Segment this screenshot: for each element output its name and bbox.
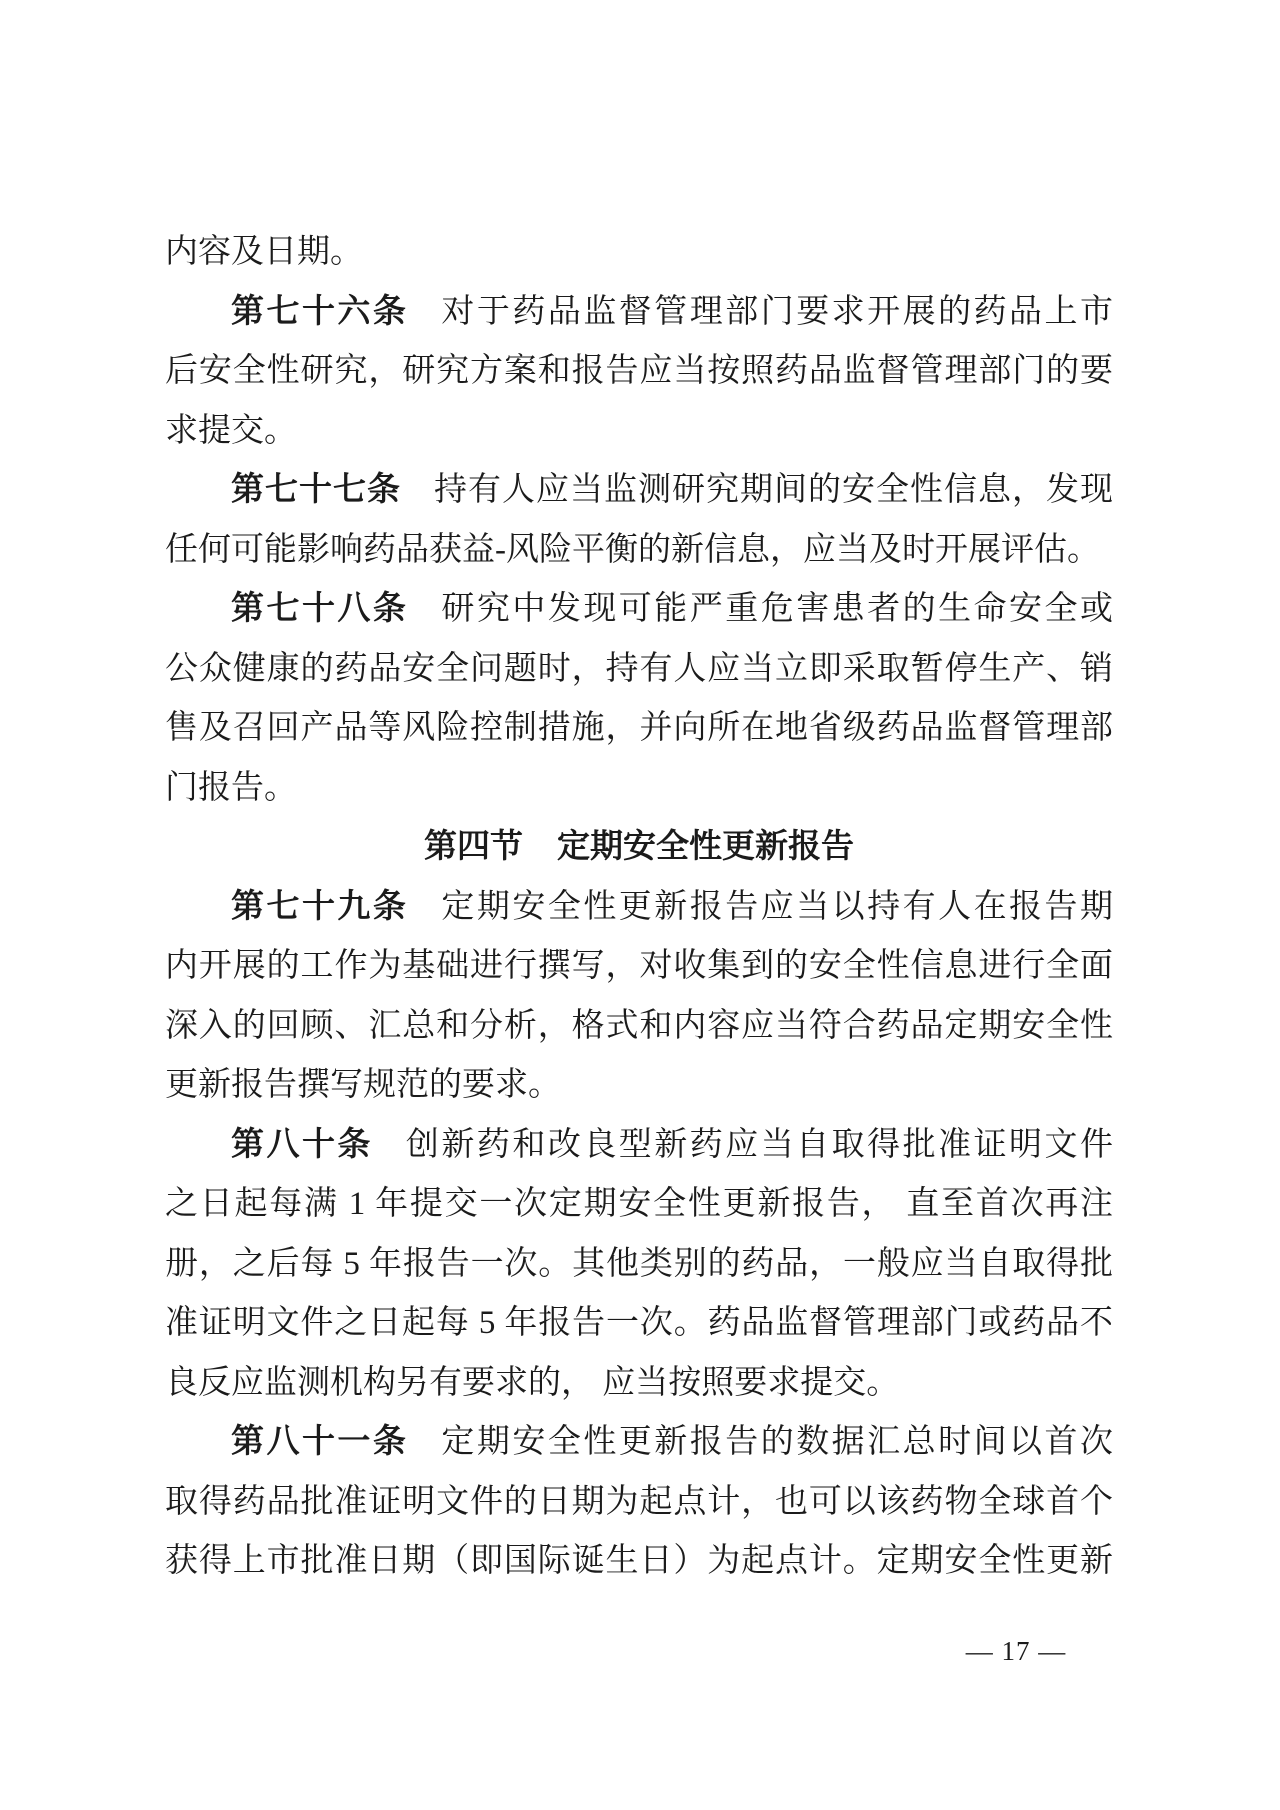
text-line: 售及召回产品等风险控制措施，并向所在地省级药品监督管理部 <box>165 699 1113 759</box>
text-line: 更新报告撰写规范的要求。 <box>165 1056 1113 1116</box>
text-line: 后安全性研究，研究方案和报告应当按照药品监督管理部门的要 <box>165 342 1113 402</box>
text-line: 门报告。 <box>165 759 1113 819</box>
text-line: 求提交。 <box>165 402 1113 462</box>
text-line: 之日起每满 1 年提交一次定期安全性更新报告， 直至首次再注 <box>165 1175 1113 1235</box>
document-page: 内容及日期。 第七十六条对于药品监督管理部门要求开展的药品上市 后安全性研究，研… <box>0 0 1280 1810</box>
text-line: 准证明文件之日起每 5 年报告一次。药品监督管理部门或药品不 <box>165 1294 1113 1354</box>
article-76-first-line: 第七十六条对于药品监督管理部门要求开展的药品上市 <box>165 283 1113 343</box>
article-78-label: 第七十八条 <box>231 591 408 627</box>
article-81-first-line: 第八十一条定期安全性更新报告的数据汇总时间以首次 <box>165 1413 1113 1473</box>
text-line: 内开展的工作为基础进行撰写，对收集到的安全性信息进行全面 <box>165 937 1113 997</box>
text-line: 取得药品批准证明文件的日期为起点计，也可以该药物全球首个 <box>165 1473 1113 1533</box>
section-heading: 第四节定期安全性更新报告 <box>165 818 1113 878</box>
article-78-first-line: 第七十八条研究中发现可能严重危害患者的生命安全或 <box>165 580 1113 640</box>
article-79-text: 定期安全性更新报告应当以持有人在报告期 <box>441 889 1113 925</box>
article-79-label: 第七十九条 <box>231 889 408 925</box>
article-76-text: 对于药品监督管理部门要求开展的药品上市 <box>441 294 1113 330</box>
article-81-text: 定期安全性更新报告的数据汇总时间以首次 <box>441 1424 1113 1460</box>
article-76-label: 第七十六条 <box>231 294 408 330</box>
text-line: 册，之后每 5 年报告一次。其他类别的药品，一般应当自取得批 <box>165 1235 1113 1295</box>
article-77-label: 第七十七条 <box>231 472 401 508</box>
text-line: 良反应监测机构另有要求的， 应当按照要求提交。 <box>165 1354 1113 1414</box>
page-body: 内容及日期。 第七十六条对于药品监督管理部门要求开展的药品上市 后安全性研究，研… <box>165 223 1113 1592</box>
text-line: 内容及日期。 <box>165 223 1113 283</box>
article-80-label: 第八十条 <box>231 1127 373 1163</box>
text-line: 获得上市批准日期（即国际诞生日）为起点计。定期安全性更新 <box>165 1532 1113 1592</box>
page-number: — 17 — <box>946 1634 1086 1668</box>
section-heading-label: 第四节 <box>424 829 523 865</box>
article-77-first-line: 第七十七条持有人应当监测研究期间的安全性信息，发现 <box>165 461 1113 521</box>
article-81-label: 第八十一条 <box>231 1424 408 1460</box>
text-line: 公众健康的药品安全问题时，持有人应当立即采取暂停生产、销 <box>165 640 1113 700</box>
article-77-text: 持有人应当监测研究期间的安全性信息，发现 <box>434 472 1113 508</box>
article-80-text: 创新药和改良型新药应当自取得批准证明文件 <box>406 1127 1113 1163</box>
article-79-first-line: 第七十九条定期安全性更新报告应当以持有人在报告期 <box>165 878 1113 938</box>
section-heading-title: 定期安全性更新报告 <box>557 829 854 865</box>
article-78-text: 研究中发现可能严重危害患者的生命安全或 <box>441 591 1113 627</box>
article-80-first-line: 第八十条创新药和改良型新药应当自取得批准证明文件 <box>165 1116 1113 1176</box>
text-line: 深入的回顾、汇总和分析，格式和内容应当符合药品定期安全性 <box>165 997 1113 1057</box>
text-line: 任何可能影响药品获益-风险平衡的新信息，应当及时开展评估。 <box>165 521 1113 581</box>
